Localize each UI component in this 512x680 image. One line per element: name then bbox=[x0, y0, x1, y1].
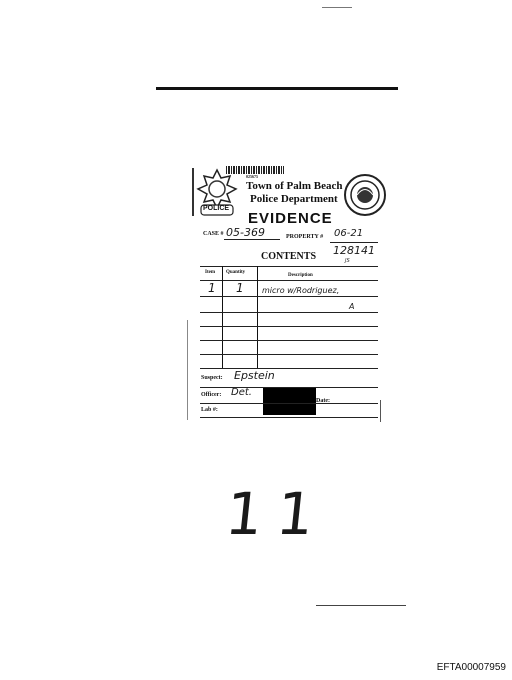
town-seal-icon bbox=[343, 172, 387, 218]
case-underline bbox=[224, 239, 280, 240]
redaction-box bbox=[263, 388, 316, 415]
document-id: EFTA00007959 bbox=[437, 662, 506, 673]
barcode bbox=[226, 166, 284, 174]
table-bottom-line bbox=[200, 368, 378, 369]
officer-value: Det. bbox=[231, 387, 252, 398]
property-value-2: 128141 bbox=[333, 244, 375, 257]
badge-text: POLICE bbox=[203, 205, 229, 212]
officer-label: Officer: bbox=[201, 392, 221, 398]
case-value: 05-369 bbox=[226, 226, 265, 239]
property-initials: JS bbox=[345, 258, 350, 264]
table-header-line bbox=[200, 280, 378, 281]
case-label: CASE # bbox=[203, 231, 224, 237]
row-description-line2: A bbox=[349, 302, 354, 311]
lab-line bbox=[200, 417, 378, 418]
officer-line bbox=[200, 403, 378, 404]
table-row-line bbox=[200, 326, 378, 327]
page-mark: 11 bbox=[222, 480, 331, 548]
property-underline bbox=[330, 242, 378, 243]
suspect-label: Suspect: bbox=[201, 375, 223, 381]
header-description: Description bbox=[288, 273, 313, 278]
form-title: EVIDENCE bbox=[248, 210, 333, 227]
table-row-line bbox=[200, 296, 378, 297]
scan-artifact-top bbox=[322, 7, 352, 8]
form-left-edge bbox=[192, 168, 194, 216]
barcode-number: 025675 bbox=[246, 174, 258, 179]
org-name: Town of Palm Beach bbox=[246, 180, 342, 192]
row-item: 1 bbox=[208, 281, 216, 295]
table-row-line bbox=[200, 340, 378, 341]
lab-label: Lab #: bbox=[201, 407, 218, 413]
form-left-edge-lower bbox=[187, 320, 188, 420]
org-department: Police Department bbox=[250, 193, 338, 205]
table-col-divider-2 bbox=[257, 266, 258, 368]
suspect-value: Epstein bbox=[234, 369, 275, 382]
bottom-rule bbox=[316, 605, 406, 606]
property-label: PROPERTY # bbox=[286, 234, 323, 240]
header-quantity: Quantity bbox=[226, 270, 245, 275]
row-quantity: 1 bbox=[236, 281, 244, 295]
contents-label: CONTENTS bbox=[261, 251, 316, 262]
form-right-edge bbox=[380, 400, 381, 422]
table-row-line bbox=[200, 312, 378, 313]
header-item: Item bbox=[205, 270, 215, 275]
row-description: micro w/Rodriguez, bbox=[262, 286, 339, 295]
top-horizontal-rule bbox=[156, 87, 398, 90]
property-value: 06-21 bbox=[334, 228, 363, 239]
table-top-line bbox=[200, 266, 378, 267]
table-col-divider-1 bbox=[222, 266, 223, 368]
table-row-line bbox=[200, 354, 378, 355]
